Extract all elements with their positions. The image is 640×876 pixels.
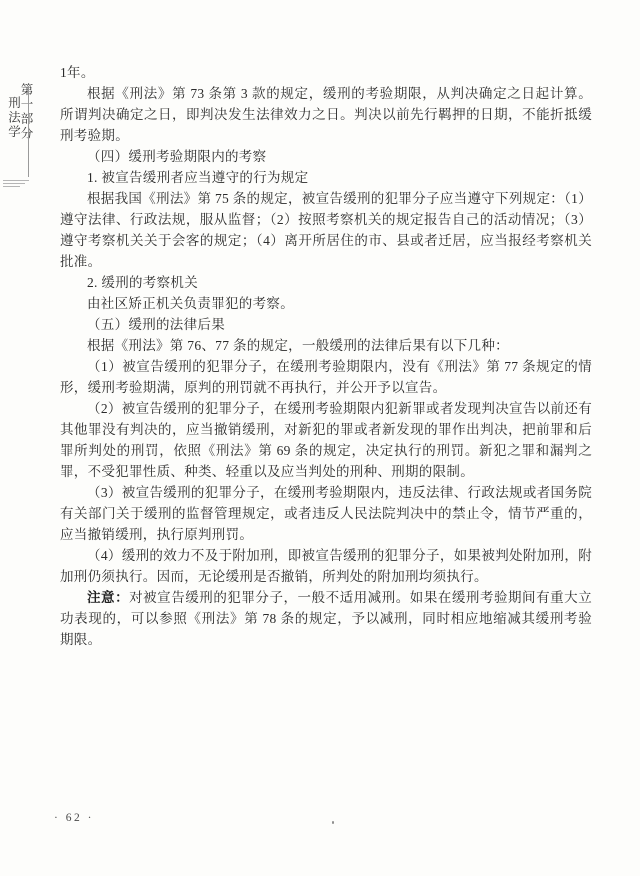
paragraph: （2）被宣告缓刑的犯罪分子，在缓刑考验期限内犯新罪或者发现判决宣告以前还有其他罪… — [60, 398, 592, 482]
paragraph: 2. 缓刑的考察机关 — [60, 272, 592, 293]
sidebar-section-label: 第一部分 刑法学 — [7, 83, 29, 193]
sidebar-smallprint-mark — [3, 180, 29, 189]
paragraph: （五）缓刑的法律后果 — [60, 314, 592, 335]
paragraph: 1年。 — [60, 62, 592, 83]
paragraph: 根据《刑法》第 73 条第 3 款的规定，缓刑的考验期限，从判决确定之日起计算。… — [60, 83, 592, 146]
paragraph: 注意：对被宣告缓刑的犯罪分子，一般不适用减刑。如果在缓刑考验期间有重大立功表现的… — [60, 587, 592, 650]
paragraph: （四）缓刑考验期限内的考察 — [60, 146, 592, 167]
textbook-page: 第一部分 刑法学 1年。根据《刑法》第 73 条第 3 款的规定，缓刑的考验期限… — [0, 0, 640, 876]
paragraph: 1. 被宣告缓刑者应当遵守的行为规定 — [60, 167, 592, 188]
paragraph: （4）缓刑的效力不及于附加刑，即被宣告缓刑的犯罪分子，如果被判处附加刑，附加刑仍… — [60, 545, 592, 587]
paragraph: 由社区矫正机关负责罪犯的考察。 — [60, 293, 592, 314]
paragraph: 根据《刑法》第 76、77 条的规定，一般缓刑的法律后果有以下几种： — [60, 335, 592, 356]
paragraph: 根据我国《刑法》第 75 条的规定，被宣告缓刑的犯罪分子应当遵守下列规定：（1）… — [60, 188, 592, 272]
part-label: 第一部分 — [20, 83, 33, 141]
paragraph: （1）被宣告缓刑的犯罪分子，在缓刑考验期限内，没有《刑法》第 77 条规定的情形… — [60, 356, 592, 398]
sidebar-divider-line — [28, 86, 29, 177]
paragraph-lead: 注意： — [87, 590, 129, 605]
paragraph: （3）被宣告缓刑的犯罪分子，在缓刑考验期限内，违反法律、行政法规或者国务院有关部… — [60, 482, 592, 545]
scan-speck — [332, 821, 334, 824]
page-body-text: 1年。根据《刑法》第 73 条第 3 款的规定，缓刑的考验期限，从判决确定之日起… — [60, 62, 592, 650]
subject-label: 刑法学 — [7, 96, 20, 140]
page-number: · 62 · — [54, 812, 94, 824]
